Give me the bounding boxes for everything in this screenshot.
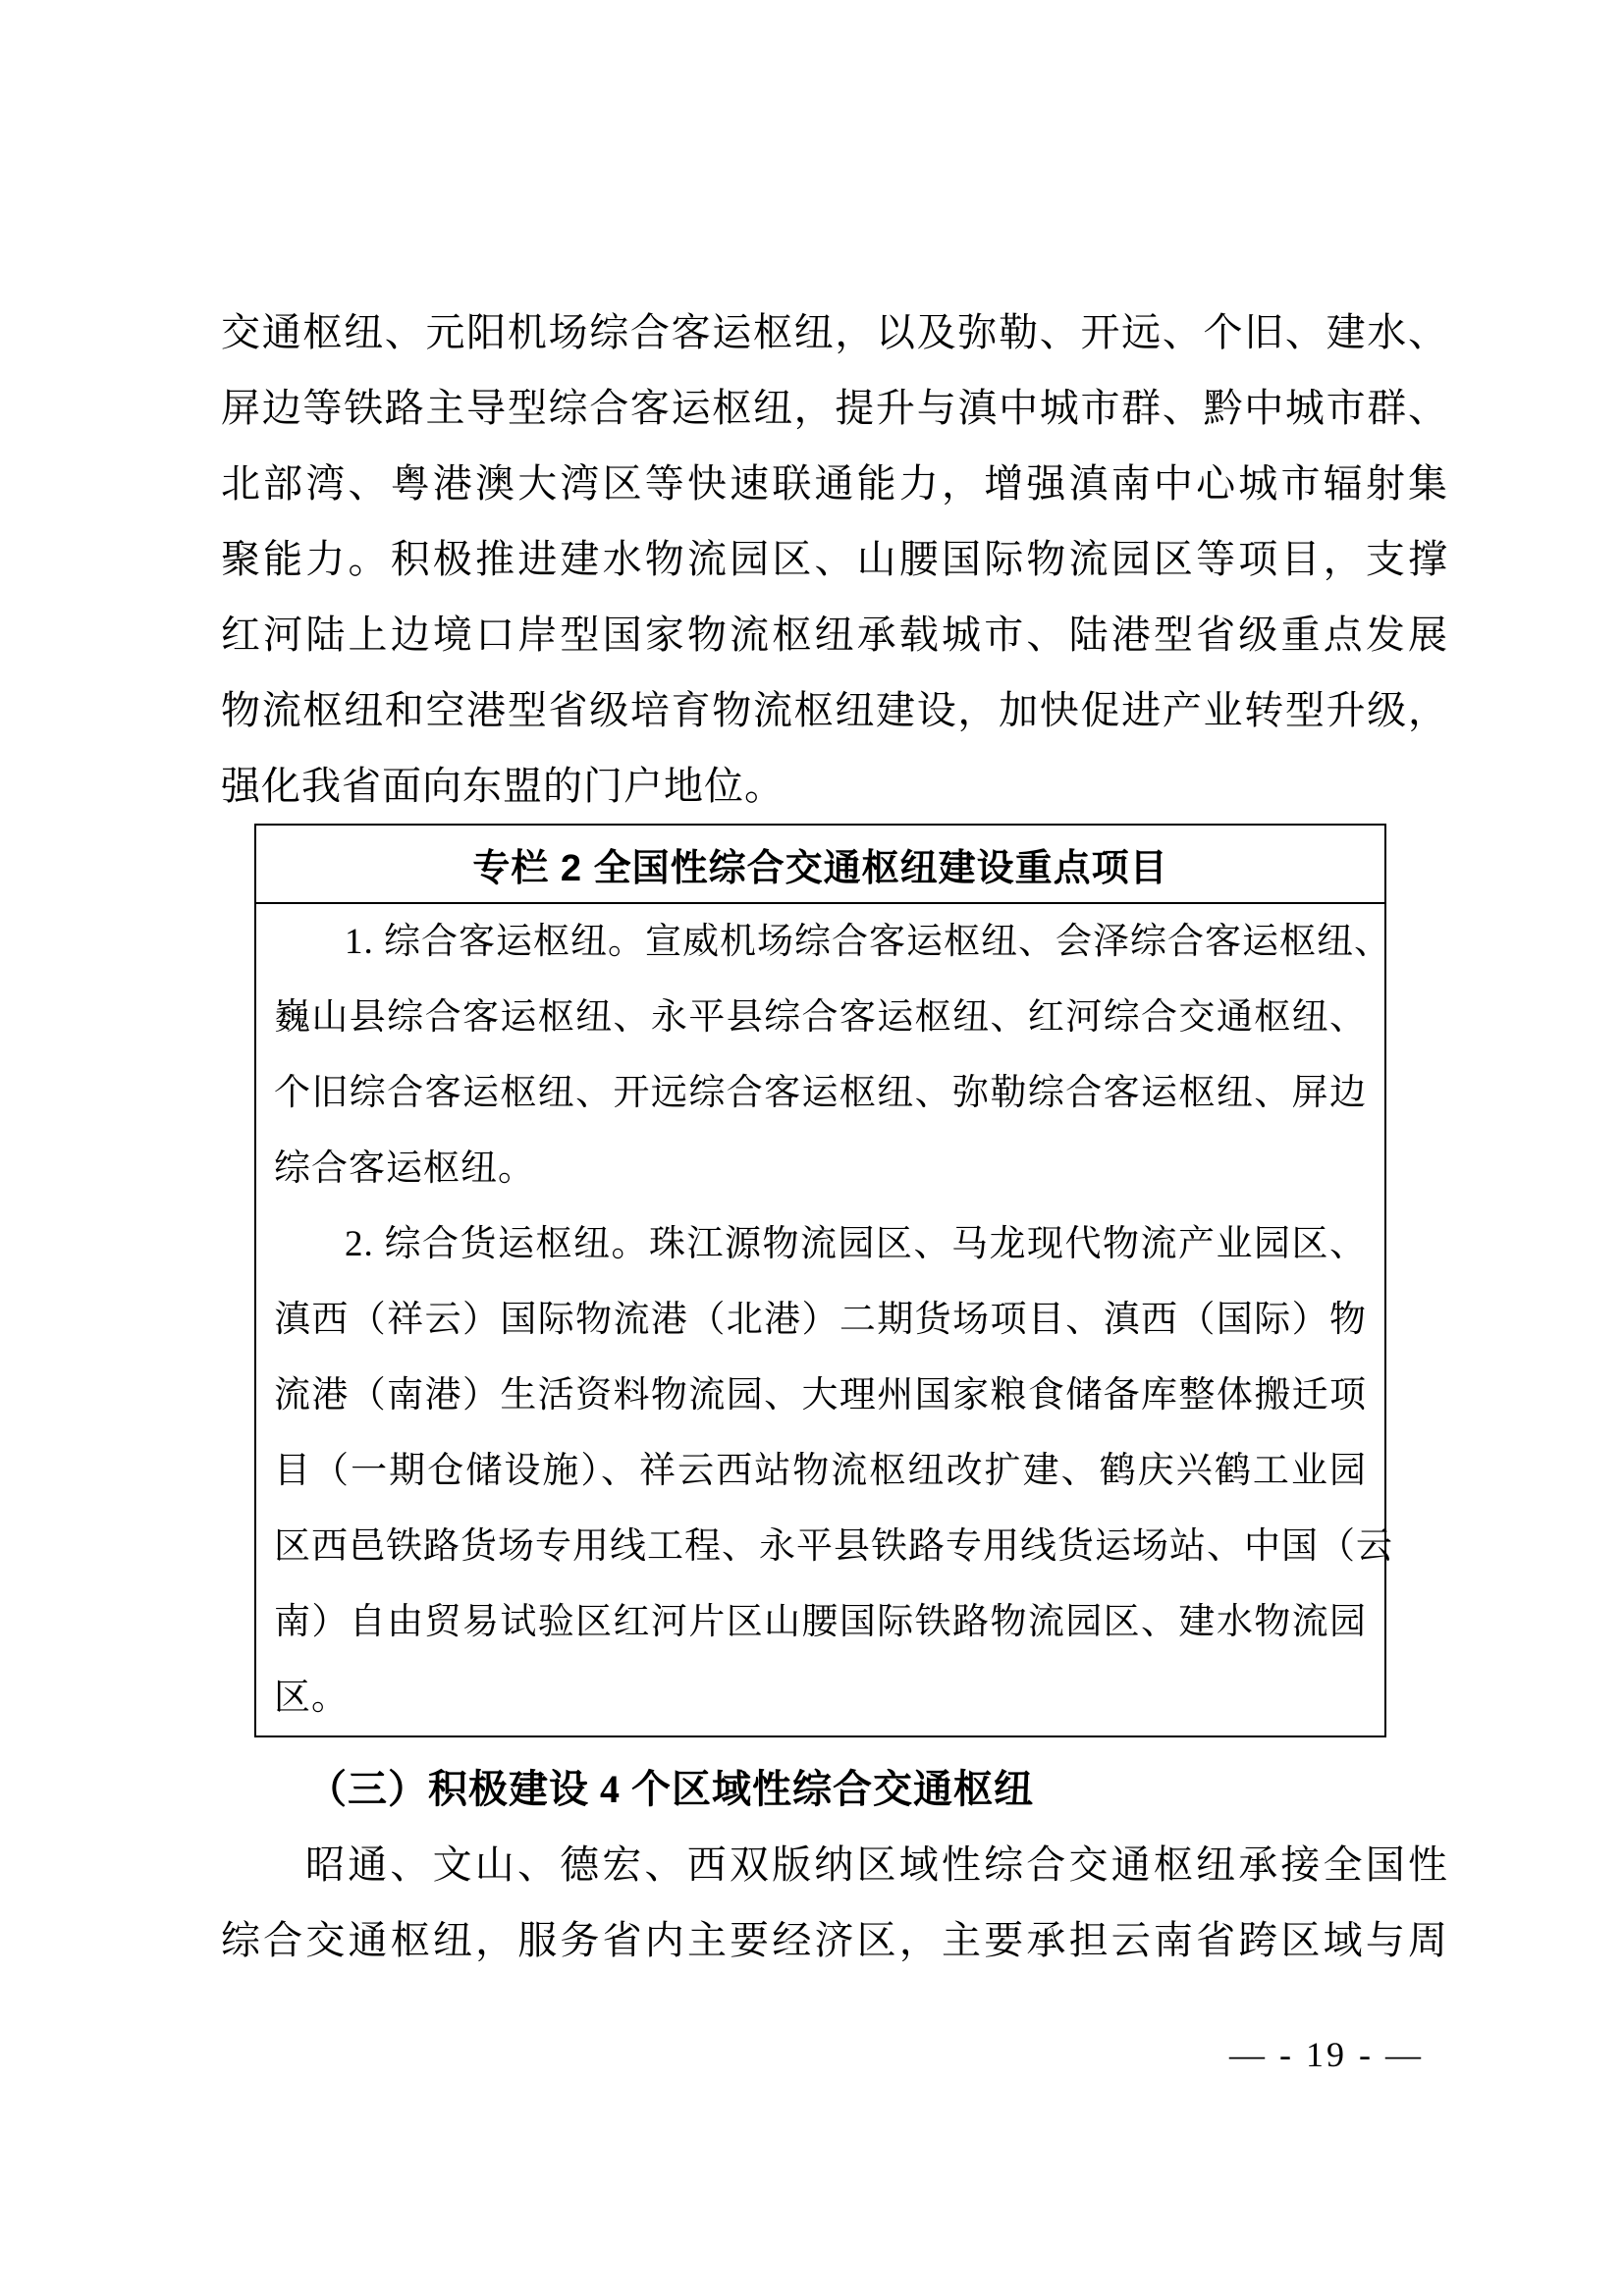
body-line: 北部湾、粤港澳大湾区等快速联通能力，增强滇南中心城市辐射集 [221,446,1448,521]
box-line: 2. 综合货运枢纽。珠江源物流园区、马龙现代物流产业园区、 [274,1206,1367,1282]
box-line: 综合客运枢纽。 [274,1131,1367,1206]
box-line: 目（一期仓储设施）、祥云西站物流枢纽改扩建、鹤庆兴鹤工业园 [274,1433,1367,1509]
body-paragraph-bottom: 昭通、文山、德宏、西双版纳区域性综合交通枢纽承接全国性 综合交通枢纽，服务省内主… [221,1827,1448,1978]
section-heading: （三）积极建设 4 个区域性综合交通枢纽 [221,1751,1448,1827]
box-line: 南）自由贸易试验区红河片区山腰国际铁路物流园区、建水物流园 [274,1584,1367,1660]
page-number: — - 19 - — [1229,2034,1424,2075]
box-line: 区。 [274,1660,1367,1735]
box-line: 区西邑铁路货场专用线工程、永平县铁路专用线货运场站、中国（云 [274,1509,1367,1584]
box-line: 流港（南港）生活资料物流园、大理州国家粮食储备库整体搬迁项 [274,1358,1367,1433]
page-content: 交通枢纽、元阳机场综合客运枢纽，以及弥勒、开远、个旧、建水、 屏边等铁路主导型综… [221,0,1448,1978]
body-line: 昭通、文山、德宏、西双版纳区域性综合交通枢纽承接全国性 [221,1827,1448,1902]
column-box-title: 专栏 2 全国性综合交通枢纽建设重点项目 [256,826,1384,904]
body-line: 红河陆上边境口岸型国家物流枢纽承载城市、陆港型省级重点发展 [221,597,1448,672]
document-page: 交通枢纽、元阳机场综合客运枢纽，以及弥勒、开远、个旧、建水、 屏边等铁路主导型综… [0,0,1624,2296]
body-line: 综合交通枢纽，服务省内主要经济区，主要承担云南省跨区域与周 [221,1902,1448,1978]
box-line: 个旧综合客运枢纽、开远综合客运枢纽、弥勒综合客运枢纽、屏边 [274,1055,1367,1131]
body-line: 屏边等铁路主导型综合客运枢纽，提升与滇中城市群、黔中城市群、 [221,370,1448,446]
box-line: 巍山县综合客运枢纽、永平县综合客运枢纽、红河综合交通枢纽、 [274,980,1367,1055]
box-line: 1. 综合客运枢纽。宣威机场综合客运枢纽、会泽综合客运枢纽、 [274,904,1367,980]
column-box-body: 1. 综合客运枢纽。宣威机场综合客运枢纽、会泽综合客运枢纽、 巍山县综合客运枢纽… [256,904,1384,1735]
body-line: 物流枢纽和空港型省级培育物流枢纽建设，加快促进产业转型升级， [221,672,1448,748]
body-line: 交通枢纽、元阳机场综合客运枢纽，以及弥勒、开远、个旧、建水、 [221,294,1448,370]
body-line: 聚能力。积极推进建水物流园区、山腰国际物流园区等项目，支撑 [221,521,1448,597]
body-line: 强化我省面向东盟的门户地位。 [221,748,1448,824]
box-line: 滇西（祥云）国际物流港（北港）二期货场项目、滇西（国际）物 [274,1282,1367,1358]
body-paragraph-top: 交通枢纽、元阳机场综合客运枢纽，以及弥勒、开远、个旧、建水、 屏边等铁路主导型综… [221,294,1448,824]
column-box: 专栏 2 全国性综合交通枢纽建设重点项目 1. 综合客运枢纽。宣威机场综合客运枢… [254,824,1386,1737]
